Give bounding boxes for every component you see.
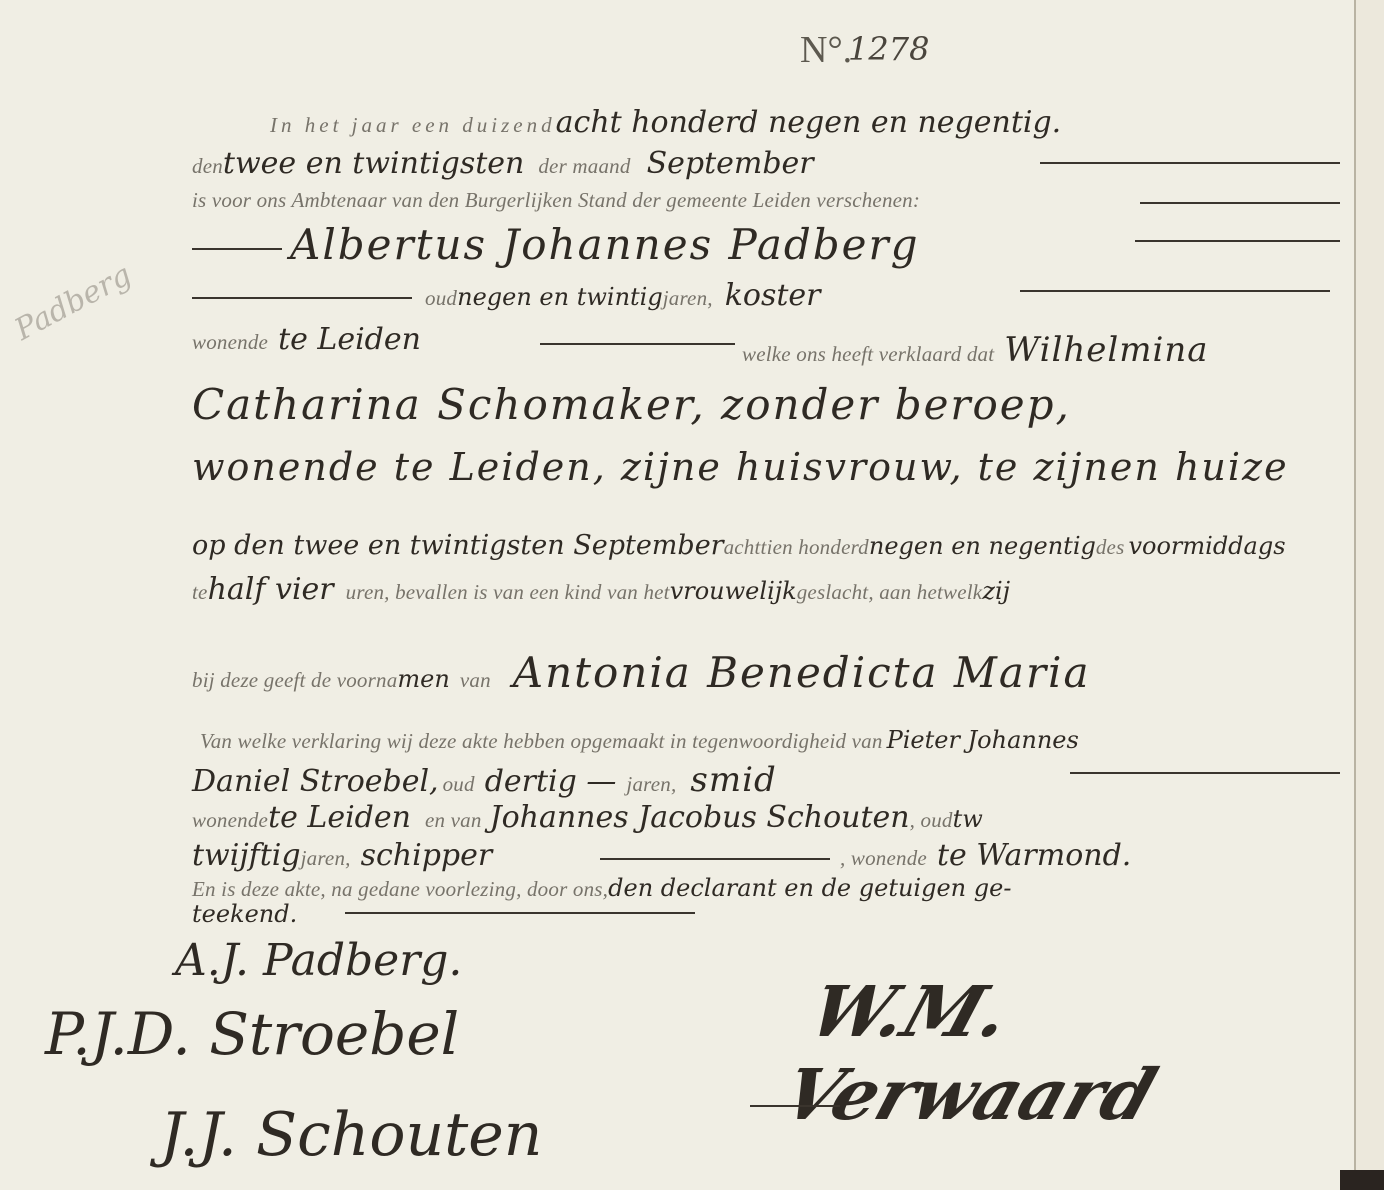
fill-line: [345, 912, 695, 914]
page-shadow: [1340, 1170, 1384, 1190]
line-14: wonendete Leiden en van Johannes Jacobus…: [192, 800, 983, 835]
printed-text: welke ons heeft verklaard dat: [742, 342, 994, 366]
printed-text: van: [460, 668, 491, 692]
line-16: En is deze akte, na gedane voorlezing, d…: [192, 874, 1011, 902]
line-17: teekend.: [192, 900, 297, 928]
line-15: twijftigjaren, schipper: [192, 838, 492, 873]
line-3: is voor ons Ambtenaar van den Burgerlijk…: [192, 188, 920, 213]
printed-text: wonende: [192, 330, 268, 354]
fill-line: [1020, 290, 1330, 292]
fill-line: [1070, 772, 1340, 774]
printed-text: bij deze geeft de voorna: [192, 668, 397, 692]
mother-name-occupation: Catharina Schomaker, zonder beroep,: [192, 380, 1071, 429]
printed-text: wonende: [192, 808, 268, 832]
printed-text: oud: [443, 772, 475, 796]
witness2-age-start: tw: [953, 805, 983, 833]
line-2: dentwee en twintigsten der maand Septemb…: [192, 146, 814, 181]
fill-line: [192, 297, 412, 299]
printed-text: , oud: [910, 808, 953, 832]
document-page: N°. 1278 Padberg In het jaar een duizend…: [0, 0, 1356, 1190]
signers-clause: den declarant en de getuigen ge-: [608, 874, 1011, 902]
printed-text: is voor ons Ambtenaar van den Burgerlijk…: [192, 188, 920, 212]
line-11: bij deze geeft de voornamen van Antonia …: [192, 648, 1091, 697]
mother-residence: wonende te Leiden, zijne huisvrouw, te z…: [192, 445, 1289, 489]
printed-text: In het jaar een duizend: [270, 113, 556, 137]
signature-underline: [750, 1105, 840, 1107]
printed-text: te: [192, 580, 208, 604]
printed-text: den: [192, 154, 223, 178]
handwritten-month: September: [647, 146, 814, 181]
line-13: Daniel Stroebel, oud dertig — jaren, smi…: [192, 760, 777, 800]
fill-line: [1140, 202, 1340, 204]
printed-text: geslacht, aan hetwelk: [797, 580, 983, 604]
printed-text: der maand: [538, 154, 630, 178]
declarant-age: negen en twintig: [457, 283, 663, 311]
line-4: Albertus Johannes Padberg: [290, 220, 920, 269]
signature-witness-1: P.J.D. Stroebel: [45, 1000, 459, 1068]
printed-text: des: [1096, 535, 1125, 559]
line-7: Catharina Schomaker, zonder beroep,: [192, 380, 1071, 429]
witness2-occupation: schipper: [361, 838, 493, 873]
fill-line: [540, 343, 735, 345]
fill-line: [1040, 162, 1340, 164]
line-12: Van welke verklaring wij deze akte hebbe…: [200, 726, 1079, 754]
time-of-day: voormiddags: [1128, 532, 1285, 560]
printed-text: jaren,: [663, 286, 713, 310]
witness2-residence: te Warmond.: [937, 838, 1131, 873]
line-9: op den twee en twintigsten Septemberacht…: [192, 530, 1286, 561]
witness1-name: Daniel Stroebel,: [192, 764, 439, 799]
printed-text: en van: [425, 808, 482, 832]
line-8: wonende te Leiden, zijne huisvrouw, te z…: [192, 445, 1289, 489]
fill-line: [600, 858, 830, 860]
fill-line: [1135, 240, 1340, 242]
line-6: wonende te Leiden: [192, 322, 421, 357]
handwritten-year: acht honderd negen en negentig.: [556, 105, 1062, 140]
child-name: Antonia Benedicta Maria: [513, 648, 1091, 697]
child-sex: vrouwelijk: [670, 577, 797, 605]
signature-witness-2: J.J. Schouten: [160, 1100, 542, 1170]
witness1-occupation: smid: [690, 760, 776, 800]
handwritten-day: twee en twintigsten: [223, 146, 524, 181]
printed-text: En is deze akte, na gedane voorlezing, d…: [192, 877, 608, 901]
handwritten-plural: men: [397, 665, 449, 693]
declarant-occupation: koster: [725, 278, 821, 313]
line-6b: welke ons heeft verklaard dat Wilhelmina: [742, 330, 1209, 370]
signature-official: W.M. Verwaard: [773, 970, 1381, 1136]
line-5: oudnegen en twintigjaren, koster: [425, 278, 821, 313]
marginal-note: Padberg: [9, 257, 137, 347]
printed-text: oud: [425, 286, 457, 310]
witness2-name: Johannes Jacobus Schouten: [490, 800, 910, 835]
witness1-age: dertig —: [485, 764, 617, 799]
declarant-name: Albertus Johannes Padberg: [290, 220, 920, 269]
printed-text: Van welke verklaring wij deze akte hebbe…: [200, 729, 883, 753]
pronoun: zij: [982, 577, 1010, 605]
printed-text: achttien honderd: [724, 535, 869, 559]
witness2-age: twijftig: [192, 838, 301, 873]
line-1: In het jaar een duizendacht honderd nege…: [270, 105, 1061, 140]
declarant-residence: te Leiden: [278, 322, 421, 357]
witness1-first-names: Pieter Johannes: [887, 726, 1079, 754]
fill-line: [192, 248, 282, 250]
printed-text: jaren,: [626, 772, 676, 796]
signed-word: teekend.: [192, 900, 297, 928]
birth-year: negen en negentig: [869, 532, 1096, 560]
certificate-number-label: N°.: [800, 28, 852, 72]
line-15b: , wonende te Warmond.: [840, 838, 1131, 873]
birth-time: half vier: [208, 572, 334, 607]
printed-text: uren, bevallen is van een kind van het: [346, 580, 670, 604]
printed-text: jaren,: [301, 846, 351, 870]
birth-date: op den twee en twintigsten September: [192, 530, 724, 561]
mother-first-name: Wilhelmina: [1004, 330, 1208, 370]
line-10: tehalf vier uren, bevallen is van een ki…: [192, 572, 1010, 607]
binding-edge: [1356, 0, 1384, 1190]
printed-text: , wonende: [840, 846, 927, 870]
certificate-number: 1278: [848, 30, 929, 68]
witness1-residence: te Leiden: [268, 800, 411, 835]
signature-declarant: A.J. Padberg.: [175, 935, 462, 986]
